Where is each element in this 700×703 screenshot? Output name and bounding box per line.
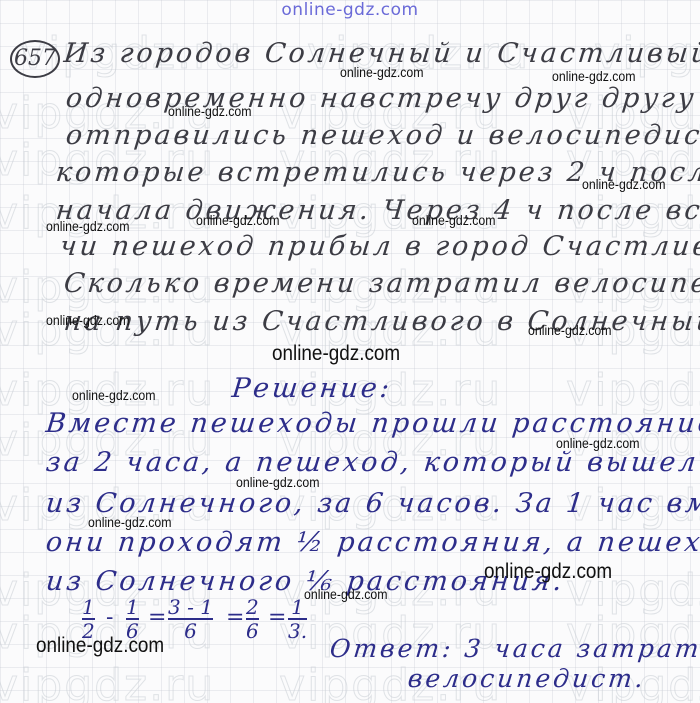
site-watermark-large: online-gdz.com <box>272 342 400 366</box>
site-watermark: online-gdz.com <box>196 212 280 228</box>
site-watermark: online-gdz.com <box>412 212 496 228</box>
answer-line: велосипедист. <box>406 664 647 693</box>
site-watermark: online-gdz.com <box>552 68 636 84</box>
site-watermark: online-gdz.com <box>168 103 252 119</box>
operator: - <box>106 605 113 630</box>
site-watermark-large: online-gdz.com <box>36 634 164 658</box>
site-watermark: online-gdz.com <box>46 218 130 234</box>
header-site-link[interactable]: online-gdz.com <box>0 0 700 20</box>
site-watermark-large: online-gdz.com <box>484 560 612 584</box>
site-watermark: online-gdz.com <box>88 514 172 530</box>
site-watermark: online-gdz.com <box>236 474 320 490</box>
operator: = <box>226 605 244 630</box>
site-watermark: online-gdz.com <box>72 387 156 403</box>
operator: = <box>268 605 286 630</box>
fraction: 13. <box>288 597 307 641</box>
solution-heading: Решение: <box>230 373 393 404</box>
solution-line: за 2 часа, а пешеход, который вышел <box>44 447 700 478</box>
site-watermark: online-gdz.com <box>528 322 612 338</box>
site-watermark: online-gdz.com <box>556 435 640 451</box>
problem-line: одновременно навстречу друг другу <box>64 83 698 114</box>
problem-line: начала движения. Через 4 ч после встре- <box>54 195 700 226</box>
problem-line: чи пешеход прибыл в город Счастливый. <box>58 231 700 262</box>
problem-number: 657 <box>10 40 60 78</box>
site-watermark: online-gdz.com <box>304 586 388 602</box>
fraction: 3 - 16 <box>168 597 213 641</box>
site-watermark: online-gdz.com <box>582 176 666 192</box>
fraction: 26 <box>246 597 259 641</box>
problem-line: отправились пешеход и велосипедист, <box>64 120 700 151</box>
operator: = <box>148 605 166 630</box>
site-watermark: online-gdz.com <box>340 64 424 80</box>
answer-line: Ответ: 3 часа затратил <box>328 634 700 663</box>
solution-line: они проходят ½ расстояния, а пешеход <box>44 527 700 558</box>
problem-line: Сколько времени затратил велосипедист <box>62 268 700 299</box>
site-watermark: online-gdz.com <box>46 312 130 328</box>
